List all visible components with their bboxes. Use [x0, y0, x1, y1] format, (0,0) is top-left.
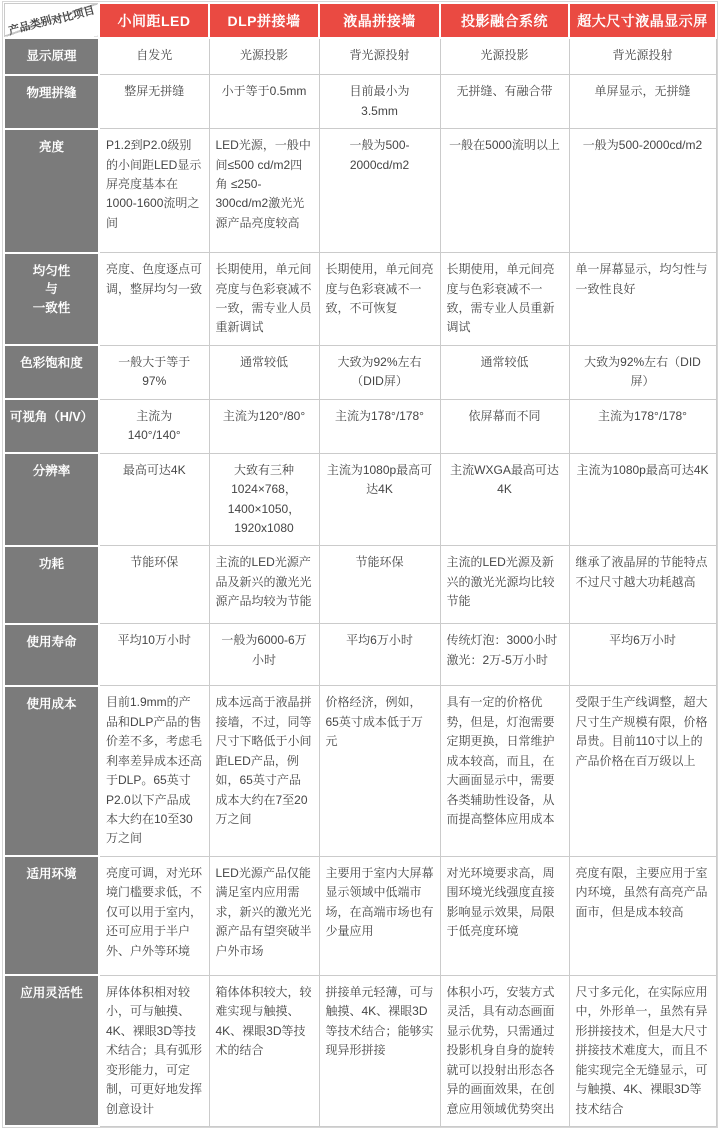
table-cell: 主流的LED光源及新兴的激光光源均比较节能 — [440, 546, 569, 624]
table-cell: 主流的LED光源产品及新兴的激光光源产品均较为节能 — [209, 546, 319, 624]
row-header-8: 功耗 — [4, 546, 99, 624]
row-header-7: 分辨率 — [4, 453, 99, 546]
table-cell: 主流为178°/178° — [319, 399, 440, 453]
table-cell: 亮度有限，主要应用于室内环境，虽然有高亮产品面市，但是成本较高 — [569, 856, 716, 975]
table-cell: LED光源，一般中间≤500 cd/m2四角 ≤250-300cd/m2激光光源… — [209, 129, 319, 253]
table-cell: 一般大于等于 97% — [99, 345, 209, 399]
table-cell: 光源投影 — [209, 38, 319, 75]
table-cell: 节能环保 — [319, 546, 440, 624]
row-header-2: 物理拼缝 — [4, 75, 99, 129]
table-row: 可视角（H/V）主流为 140°/140°主流为120°/80°主流为178°/… — [4, 399, 716, 453]
table-cell: 通常较低 — [209, 345, 319, 399]
table-cell: LED光源产品仅能满足室内应用需求，新兴的激光光源产品有望突破半户外市场 — [209, 856, 319, 975]
table-cell: 光源投影 — [440, 38, 569, 75]
table-row: 亮度P1.2到P2.0级别的小间距LED显示屏亮度基本在1000-1600流明之… — [4, 129, 716, 253]
table-row: 使用寿命平均10万小时一般为6000-6万小时平均6万小时传统灯泡：3000小时… — [4, 624, 716, 686]
table-cell: 背光源投射 — [569, 38, 716, 75]
table-cell: 平均10万小时 — [99, 624, 209, 686]
table-cell: 背光源投射 — [319, 38, 440, 75]
table-cell: 箱体体积较大，较难实现与触摸、4K、裸眼3D等技术的结合 — [209, 975, 319, 1126]
table-cell: 主流WXGA最高可达4K — [440, 453, 569, 546]
row-header-3: 亮度 — [4, 129, 99, 253]
table-cell: 主流为 140°/140° — [99, 399, 209, 453]
table-row: 功耗节能环保主流的LED光源产品及新兴的激光光源产品均较为节能节能环保主流的LE… — [4, 546, 716, 624]
corner-bottom-label: 产品类别 — [6, 12, 53, 38]
table-cell: 尺寸多元化，在实际应用中，外形单一，虽然有异形拼接技术，但是大尺寸拼接技术难度大… — [569, 975, 716, 1126]
comparison-table: 对比项目 产品类别 小间距LEDDLP拼接墙液晶拼接墙投影融合系统超大尺寸液晶显… — [3, 2, 717, 1127]
table-cell: 小于等于0.5mm — [209, 75, 319, 129]
table-cell: 一般为500-2000cd/m2 — [569, 129, 716, 253]
table-cell: 亮度、色度逐点可调，整屏均匀一致 — [99, 253, 209, 346]
table-cell: 主要用于室内大屏幕显示领域中低端市场，在高端市场也有少量应用 — [319, 856, 440, 975]
table-row: 使用成本目前1.9mm的产品和DLP产品的售价差不多，考虑毛利率差异成本还高于D… — [4, 686, 716, 857]
table-cell: 主流为120°/80° — [209, 399, 319, 453]
comparison-table-container: 对比项目 产品类别 小间距LEDDLP拼接墙液晶拼接墙投影融合系统超大尺寸液晶显… — [2, 1, 718, 1128]
table-cell: 大致为92%左右（DID屏） — [319, 345, 440, 399]
table-cell: 主流为178°/178° — [569, 399, 716, 453]
table-cell: 屏体体积相对较小，可与触摸、4K、裸眼3D等技术结合；具有弧形变形能力，可定制，… — [99, 975, 209, 1126]
table-cell: 具有一定的价格优势，但是，灯泡需要定期更换，日常维护成本较高，而且，在大画面显示… — [440, 686, 569, 857]
table-cell: 一般为500-2000cd/m2 — [319, 129, 440, 253]
table-cell: 自发光 — [99, 38, 209, 75]
table-cell: 节能环保 — [99, 546, 209, 624]
row-header-10: 使用成本 — [4, 686, 99, 857]
table-cell: 大致为92%左右（DID屏） — [569, 345, 716, 399]
table-cell: 最高可达4K — [99, 453, 209, 546]
table-cell: 目前最小为 3.5mm — [319, 75, 440, 129]
table-cell: 拼接单元轻薄，可与触摸、4K、裸眼3D等技术结合；能够实现异形拼接 — [319, 975, 440, 1126]
table-row: 物理拼缝整屏无拼缝小于等于0.5mm目前最小为 3.5mm无拼缝、有融合带单屏显… — [4, 75, 716, 129]
table-cell: 单一屏幕显示，均匀性与一致性良好 — [569, 253, 716, 346]
row-header-11: 适用环境 — [4, 856, 99, 975]
column-header-5: 超大尺寸液晶显示屏 — [569, 3, 716, 38]
table-cell: 大致有三种 1024×768， 1400×1050， 1920x1080 — [209, 453, 319, 546]
column-header-4: 投影融合系统 — [440, 3, 569, 38]
table-cell: 继承了液晶屏的节能特点不过尺寸越大功耗越高 — [569, 546, 716, 624]
table-cell: 传统灯泡：3000小时激光：2万-5万小时 — [440, 624, 569, 686]
table-cell: 亮度可调，对光环境门槛要求低，不仅可以用于室内，还可应用于半户外、户外等环境 — [99, 856, 209, 975]
table-cell: 单屏显示，无拼缝 — [569, 75, 716, 129]
table-cell: P1.2到P2.0级别的小间距LED显示屏亮度基本在1000-1600流明之间 — [99, 129, 209, 253]
table-cell: 整屏无拼缝 — [99, 75, 209, 129]
column-header-2: DLP拼接墙 — [209, 3, 319, 38]
row-header-1: 显示原理 — [4, 38, 99, 75]
row-header-6: 可视角（H/V） — [4, 399, 99, 453]
table-cell: 平均6万小时 — [319, 624, 440, 686]
table-cell: 平均6万小时 — [569, 624, 716, 686]
column-header-3: 液晶拼接墙 — [319, 3, 440, 38]
table-cell: 主流为1080p最高可达4K — [319, 453, 440, 546]
table-cell: 成本远高于液晶拼接墙，不过，同等尺寸下略低于小间距LED产品，例如，65英寸产品… — [209, 686, 319, 857]
table-cell: 价格经济，例如，65英寸成本低于万元 — [319, 686, 440, 857]
table-cell: 对光环境要求高，周围环境光线强度直接影响显示效果，局限于低亮度环境 — [440, 856, 569, 975]
table-row: 分辨率最高可达4K大致有三种 1024×768， 1400×1050， 1920… — [4, 453, 716, 546]
table-cell: 主流为1080p最高可达4K — [569, 453, 716, 546]
row-header-4: 均匀性 与 一致性 — [4, 253, 99, 346]
table-cell: 无拼缝、有融合带 — [440, 75, 569, 129]
corner-cell: 对比项目 产品类别 — [4, 3, 99, 38]
table-row: 均匀性 与 一致性亮度、色度逐点可调，整屏均匀一致长期使用，单元间亮度与色彩衰减… — [4, 253, 716, 346]
corner-top-label: 对比项目 — [50, 3, 97, 28]
row-header-5: 色彩饱和度 — [4, 345, 99, 399]
table-row: 应用灵活性屏体体积相对较小，可与触摸、4K、裸眼3D等技术结合；具有弧形变形能力… — [4, 975, 716, 1126]
table-cell: 长期使用，单元间亮度与色彩衰减不一致，不可恢复 — [319, 253, 440, 346]
row-header-9: 使用寿命 — [4, 624, 99, 686]
table-cell: 一般在5000流明以上 — [440, 129, 569, 253]
table-cell: 目前1.9mm的产品和DLP产品的售价差不多，考虑毛利率差异成本还高于DLP。6… — [99, 686, 209, 857]
table-cell: 一般为6000-6万小时 — [209, 624, 319, 686]
table-row: 显示原理自发光光源投影背光源投射光源投影背光源投射 — [4, 38, 716, 75]
row-header-12: 应用灵活性 — [4, 975, 99, 1126]
table-cell: 长期使用，单元间亮度与色彩衰减不一致，需专业人员重新调试 — [440, 253, 569, 346]
table-cell: 通常较低 — [440, 345, 569, 399]
table-cell: 长期使用，单元间亮度与色彩衰减不一致，需专业人员重新调试 — [209, 253, 319, 346]
table-cell: 受限于生产线调整，超大尺寸生产规模有限，价格昂贵。目前110寸以上的产品价格在百… — [569, 686, 716, 857]
column-header-1: 小间距LED — [99, 3, 209, 38]
table-cell: 依屏幕而不同 — [440, 399, 569, 453]
table-cell: 体积小巧，安装方式灵活，具有动态画面显示优势，只需通过投影机身自身的旋转就可以投… — [440, 975, 569, 1126]
table-row: 色彩饱和度一般大于等于 97%通常较低大致为92%左右（DID屏）通常较低大致为… — [4, 345, 716, 399]
table-row: 适用环境亮度可调，对光环境门槛要求低，不仅可以用于室内，还可应用于半户外、户外等… — [4, 856, 716, 975]
